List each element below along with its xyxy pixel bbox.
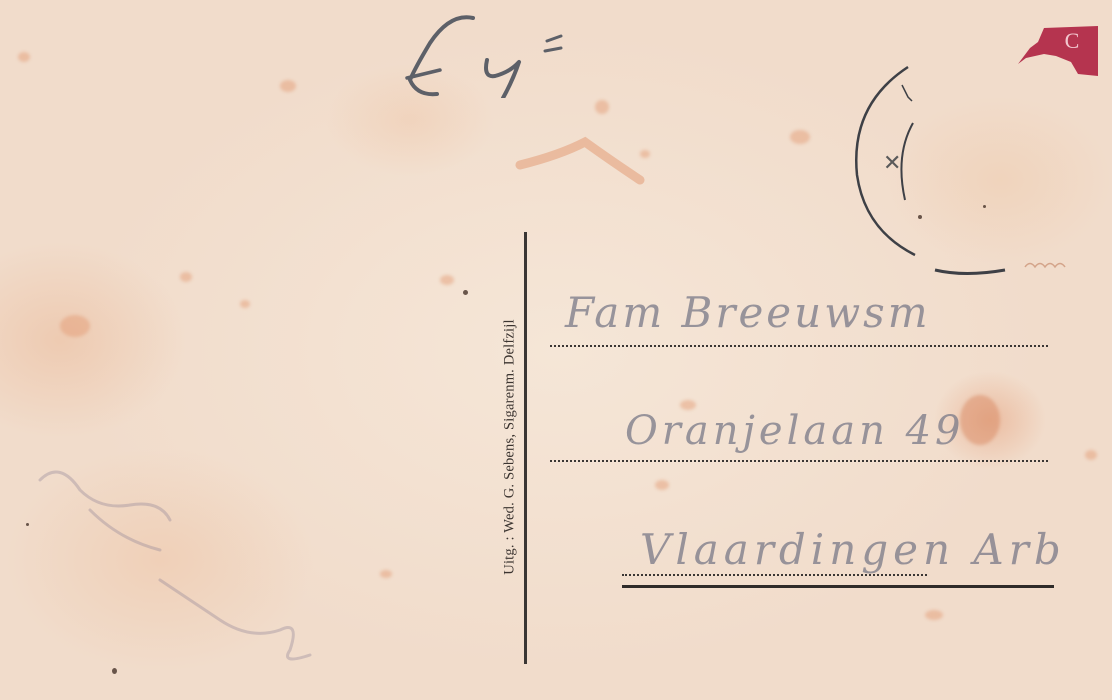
address-line-2: Oranjelaan 49	[625, 408, 964, 454]
postmark-cancellation: ✕	[845, 55, 1085, 285]
address-solid-rule	[622, 585, 1054, 588]
address-line-3-rule	[622, 574, 927, 576]
address-line-1-rule	[550, 345, 1048, 347]
postmark-cross-icon: ✕	[883, 151, 901, 176]
stain-spot	[790, 130, 810, 144]
stain-spot	[380, 570, 392, 578]
stain-spot	[960, 395, 1000, 445]
address-line-3: Vlaardingen Arb	[640, 525, 1066, 574]
publisher-imprint-text: Uitg. : Wed. G. Sebens, Sigarenm. Delfzi…	[502, 319, 519, 574]
stain-spot	[60, 315, 90, 337]
stain-spot	[655, 480, 669, 490]
stain-spot	[595, 100, 609, 114]
price-note-handwriting: €4,-	[395, 8, 565, 98]
address-line-2-rule	[550, 460, 1048, 462]
stain-spot	[240, 300, 250, 308]
stamp-letter: C	[1065, 28, 1080, 53]
stain-spot	[18, 52, 30, 62]
faint-pencil-writing	[20, 450, 340, 690]
stain-streak	[510, 130, 690, 210]
postcard-back: €4,- Uitg. : Wed. G. Sebens, Sigarenm. D…	[0, 0, 1112, 700]
stain-spot	[280, 80, 296, 92]
speck	[463, 290, 468, 295]
vertical-divider-line	[524, 232, 527, 664]
stain-spot	[925, 610, 943, 620]
stain-spot	[180, 272, 192, 282]
address-line-1: Fam Breeuwsm	[565, 288, 931, 337]
publisher-imprint: Uitg. : Wed. G. Sebens, Sigarenm. Delfzi…	[500, 232, 520, 662]
stain-spot	[440, 275, 454, 285]
stain-spot	[1085, 450, 1097, 460]
